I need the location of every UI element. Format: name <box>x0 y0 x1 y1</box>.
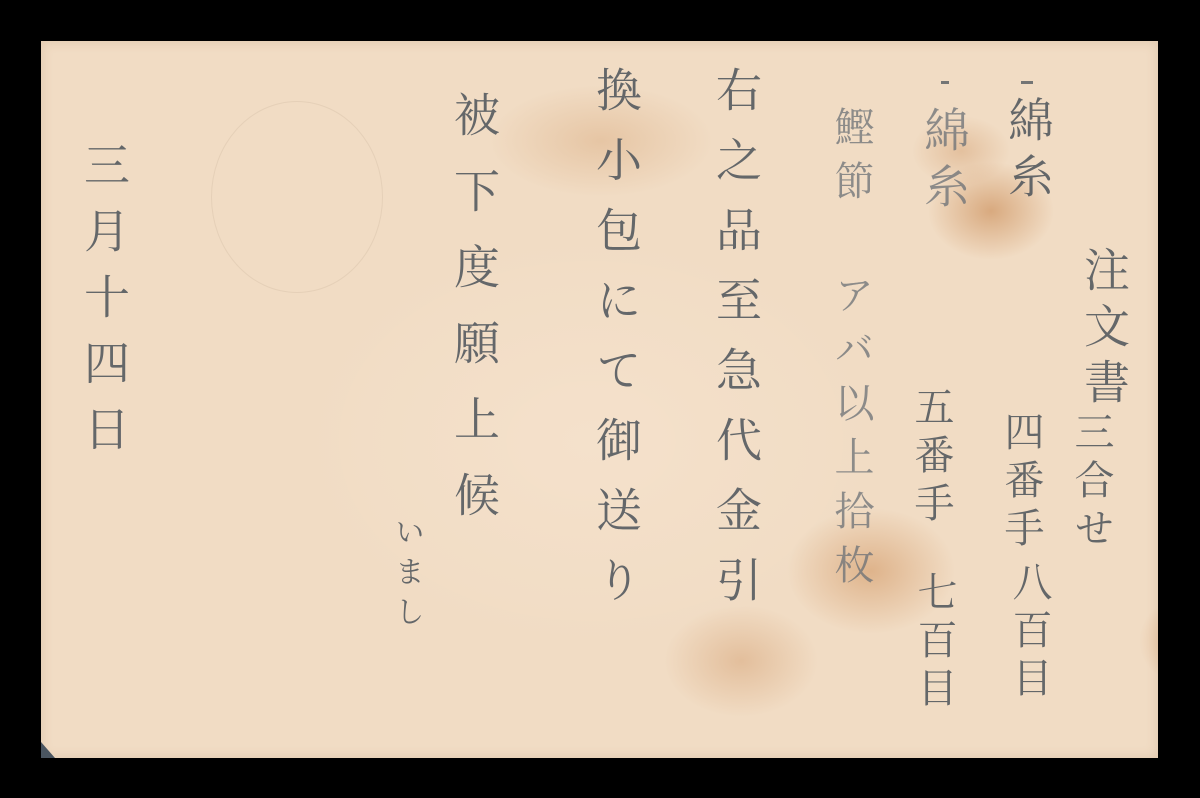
item-1-spec: 四番手 <box>1001 411 1041 555</box>
item-1-name: 綿糸 <box>1005 96 1051 208</box>
letter-heading: 注文書 <box>1081 246 1127 414</box>
item-2-name: 綿糸 <box>921 106 967 218</box>
item-2-marker <box>941 81 949 84</box>
item-3-name-line: 鰹節 アバ以上拾枚 <box>831 106 871 598</box>
signature: いまし <box>391 516 421 636</box>
item-1-marker <box>1021 81 1033 84</box>
item-1-quantity: 八百目 <box>1009 561 1049 705</box>
postcard: 注文書 三合せ 綿糸 四番手 八百目 綿糸 五番手 七百目 鰹節 アバ以上拾枚 … <box>41 41 1158 758</box>
torn-corner <box>41 742 55 758</box>
item-2-spec: 五番手 <box>911 386 951 530</box>
item-2-quantity: 七百目 <box>914 571 954 715</box>
body-line-1: 右之品至急代金引 <box>713 66 759 626</box>
body-line-2: 換小包にて御送り <box>593 66 639 626</box>
letter-heading-sub: 三合せ <box>1071 411 1111 555</box>
body-line-3: 被下度願上候 <box>451 91 497 547</box>
faint-postmark-circle <box>211 101 383 293</box>
date: 三月十四日 <box>81 141 127 471</box>
